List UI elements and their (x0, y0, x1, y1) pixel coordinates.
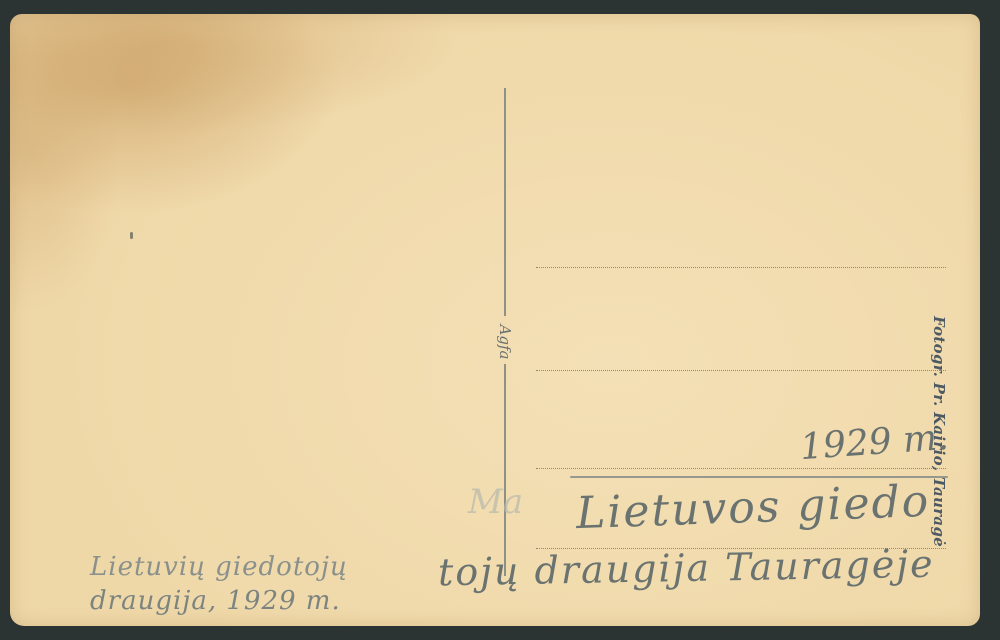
divider-mark: Agfa (485, 327, 525, 357)
postcard-reverse: Agfa Fotogr. Pr. Kairio, Tauragė 1929 m.… (10, 14, 980, 626)
address-line-1 (536, 267, 946, 268)
handwritten-caption-line-1: Lietuvių giedotojų (90, 552, 348, 582)
handwritten-faint-note: Ma (468, 482, 523, 522)
handwritten-address-line-1: Lietuvos giedo (575, 476, 931, 539)
center-divider-top (504, 88, 506, 316)
address-line-2 (536, 370, 946, 371)
handwritten-address-line-2: tojų draugija Tauragėje (438, 542, 935, 595)
paper-speck (130, 232, 133, 239)
center-divider-bottom (504, 364, 506, 576)
scan-background: Agfa Fotogr. Pr. Kairio, Tauragė 1929 m.… (0, 0, 1000, 640)
address-line-3 (536, 468, 946, 469)
handwritten-caption-line-2: draugija, 1929 m. (90, 586, 341, 616)
